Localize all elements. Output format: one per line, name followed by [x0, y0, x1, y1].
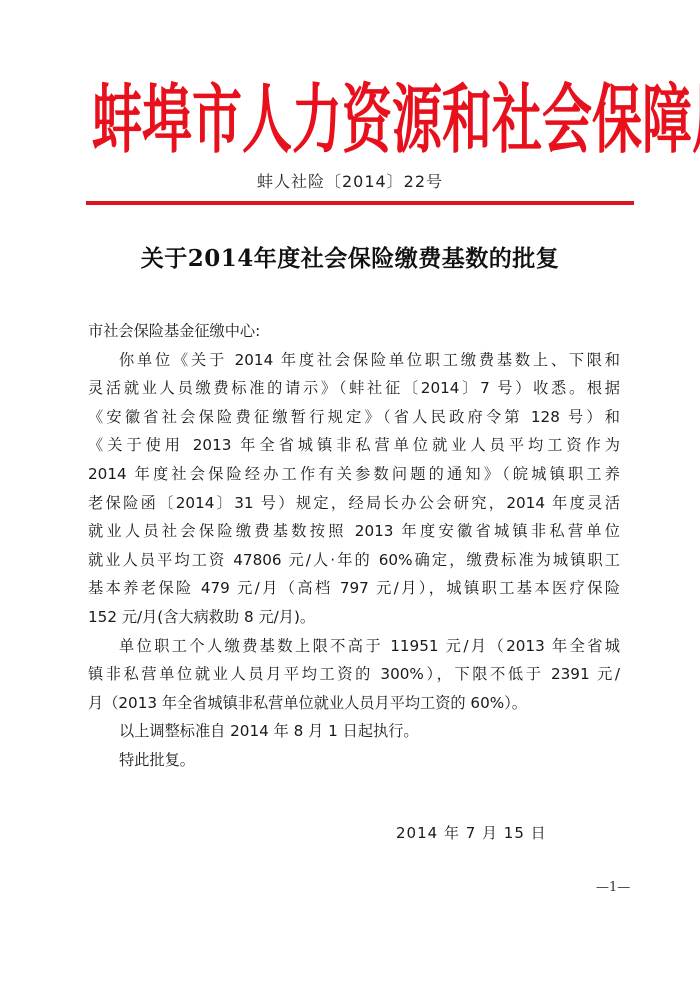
body-line: 单位职工个人缴费基数上限不高于 11951 元/月（2013 年全省城 — [88, 632, 620, 661]
document-number: 蚌人社险〔2014〕22号 — [0, 169, 700, 192]
body-line: 基本养老保险 479 元/月（高档 797 元/月），城镇职工基本医疗保险 — [88, 574, 620, 603]
body-line: 你单位《关于 2014 年度社会保险单位职工缴费基数上、下限和 — [88, 346, 620, 375]
document-title: 关于2014年度社会保险缴费基数的批复 — [0, 240, 700, 273]
red-divider-line — [86, 201, 634, 205]
body-line: 《关于使用 2013 年全省城镇非私营单位就业人员平均工资作为 — [88, 431, 620, 460]
effective-date-line: 以上调整标准自 2014 年 8 月 1 日起执行。 — [88, 717, 620, 746]
closing-line: 特此批复。 — [88, 746, 620, 775]
issue-date: 2014 年 7 月 15 日 — [396, 822, 547, 843]
recipient-line: 市社会保险基金征缴中心: — [88, 317, 620, 346]
body-line: 老保险函〔2014〕31 号）规定，经局长办公会研究，2014 年度灵活 — [88, 489, 620, 518]
page-number: —1— — [596, 880, 630, 895]
body-line: 就业人员平均工资 47806 元/人·年的 60%确定，缴费标准为城镇职工 — [88, 546, 620, 575]
body-line: 灵活就业人员缴费标准的请示》（蚌社征〔2014〕7 号）收悉。根据 — [88, 374, 620, 403]
body-line: 2014 年度社会保险经办工作有关参数问题的通知》（皖城镇职工养 — [88, 460, 620, 489]
body-line: 月（2013 年全省城镇非私营单位就业人员月平均工资的 60%）。 — [88, 689, 620, 718]
document-body: 市社会保险基金征缴中心: 你单位《关于 2014 年度社会保险单位职工缴费基数上… — [88, 317, 620, 775]
body-line: 152 元/月(含大病救助 8 元/月)。 — [88, 603, 620, 632]
document-page: 蚌埠市人力资源和社会保障局文件 蚌人社险〔2014〕22号 关于2014年度社会… — [0, 0, 700, 991]
body-line: 《安徽省社会保险费征缴暂行规定》（省人民政府令第 128 号）和 — [88, 403, 620, 432]
body-line: 镇非私营单位就业人员月平均工资的 300%），下限不低于 2391 元/ — [88, 660, 620, 689]
body-line: 就业人员社会保险缴费基数按照 2013 年度安徽省城镇非私营单位 — [88, 517, 620, 546]
